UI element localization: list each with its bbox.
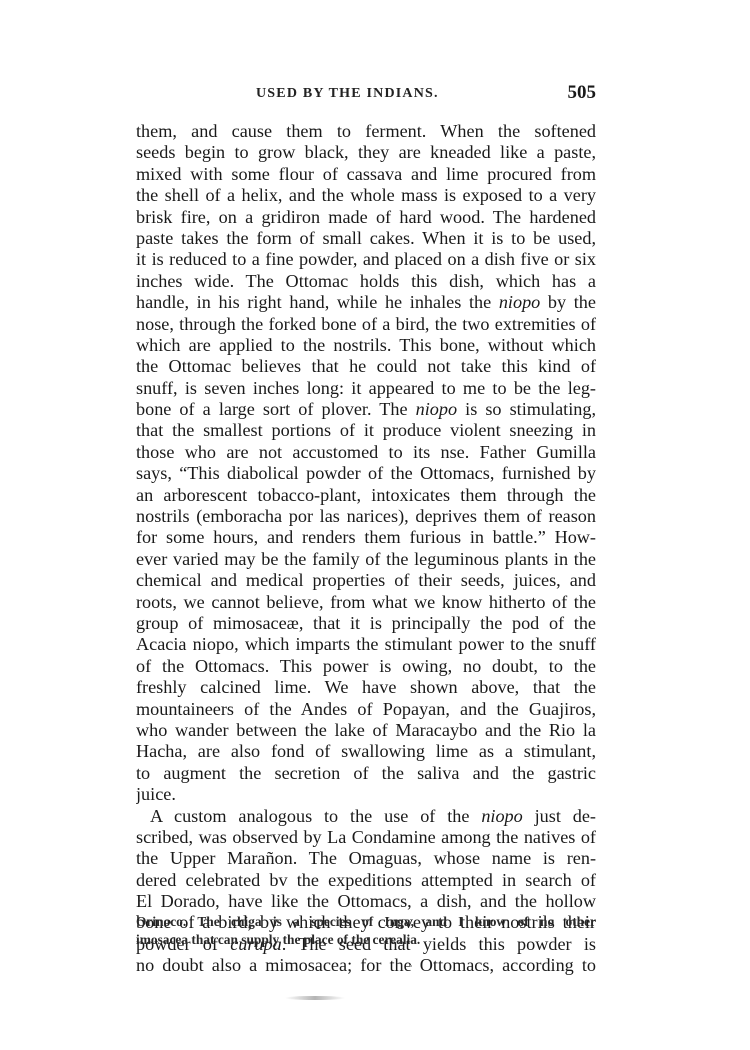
- text-line: says, “This diabolical powder of the Ott…: [136, 463, 596, 484]
- book-page: USED BY THE INDIANS. 505 them, and cause…: [0, 0, 750, 1050]
- text-segment: bone of a large sort of plover. The: [136, 399, 416, 419]
- text-line: group of mimosaceæ, that it is principal…: [136, 613, 596, 634]
- text-line: handle, in his right hand, while he inha…: [136, 292, 596, 313]
- text-line: Hacha, are also fond of swallowing lime …: [136, 741, 596, 762]
- text-line: A custom analogous to the use of the nio…: [136, 806, 596, 827]
- text-line: an arborescent tobacco-plant, intoxicate…: [136, 485, 596, 506]
- text-line: it is reduced to a fine powder, and plac…: [136, 249, 596, 270]
- text-segment: handle, in his right hand, while he inha…: [136, 292, 499, 312]
- text-line: for some hours, and renders them furious…: [136, 527, 596, 548]
- text-line: seeds begin to grow black, they are knea…: [136, 142, 596, 163]
- text-line: snuff, is seven inches long: it appeared…: [136, 378, 596, 399]
- text-segment: is so stimulating,: [457, 399, 596, 419]
- text-line: of the Ottomacs. This power is owing, no…: [136, 656, 596, 677]
- text-line: inches wide. The Ottomac holds this dish…: [136, 271, 596, 292]
- text-segment: A custom analogous to the use of the: [150, 806, 481, 826]
- text-line: nostrils (emboracha por las narices), de…: [136, 506, 596, 527]
- footnote-line: imosacea that can supply the place of th…: [136, 931, 596, 949]
- text-line: dered celebrated bv the expeditions atte…: [136, 870, 596, 891]
- text-line: scribed, was observed by La Condamine am…: [136, 827, 596, 848]
- text-line: paste takes the form of small cakes. Whe…: [136, 228, 596, 249]
- text-line: no doubt also a mimosacea; for the Ottom…: [136, 955, 596, 976]
- text-segment: by the: [540, 292, 596, 312]
- text-segment: just de-: [523, 806, 596, 826]
- text-line: ever varied may be the family of the leg…: [136, 549, 596, 570]
- italic-term: niopo: [416, 399, 457, 419]
- page-number: 505: [568, 82, 597, 104]
- print-smudge: [285, 996, 345, 1000]
- text-line: juice.: [136, 784, 596, 805]
- italic-term: niopo: [499, 292, 540, 312]
- text-line: freshly calcined lime. We have shown abo…: [136, 677, 596, 698]
- text-line: the Upper Marañon. The Omaguas, whose na…: [136, 848, 596, 869]
- running-title: USED BY THE INDIANS.: [256, 86, 439, 102]
- text-line: roots, we cannot believe, from what we k…: [136, 592, 596, 613]
- text-line: the shell of a helix, and the whole mass…: [136, 185, 596, 206]
- text-line: to augment the secretion of the saliva a…: [136, 763, 596, 784]
- text-line: those who are not accustomed to its nse.…: [136, 442, 596, 463]
- text-line: bone of a large sort of plover. The niop…: [136, 399, 596, 420]
- print-speck: [410, 965, 412, 967]
- text-line: chemical and medical properties of their…: [136, 570, 596, 591]
- footnote: Orinoco. The chiga is a species of Inga,…: [136, 913, 596, 949]
- running-head: USED BY THE INDIANS. 505: [136, 86, 596, 108]
- text-line: the Ottomac believes that he could not t…: [136, 356, 596, 377]
- text-line: that the smallest portions of it produce…: [136, 420, 596, 441]
- text-line: mixed with some flour of cassava and lim…: [136, 164, 596, 185]
- text-line: which are applied to the nostrils. This …: [136, 335, 596, 356]
- text-line: nose, through the forked bone of a bird,…: [136, 314, 596, 335]
- text-line: them, and cause them to ferment. When th…: [136, 121, 596, 142]
- text-line: El Dorado, have like the Ottomacs, a dis…: [136, 891, 596, 912]
- text-line: who wander between the lake of Maracaybo…: [136, 720, 596, 741]
- text-line: Acacia niopo, which imparts the stimulan…: [136, 634, 596, 655]
- italic-term: niopo: [481, 806, 522, 826]
- text-line: mountaineers of the Andes of Popayan, an…: [136, 699, 596, 720]
- body-text: them, and cause them to ferment. When th…: [136, 121, 596, 977]
- text-line: brisk fire, on a gridiron made of hard w…: [136, 207, 596, 228]
- footnote-line: Orinoco. The chiga is a species of Inga,…: [136, 913, 596, 931]
